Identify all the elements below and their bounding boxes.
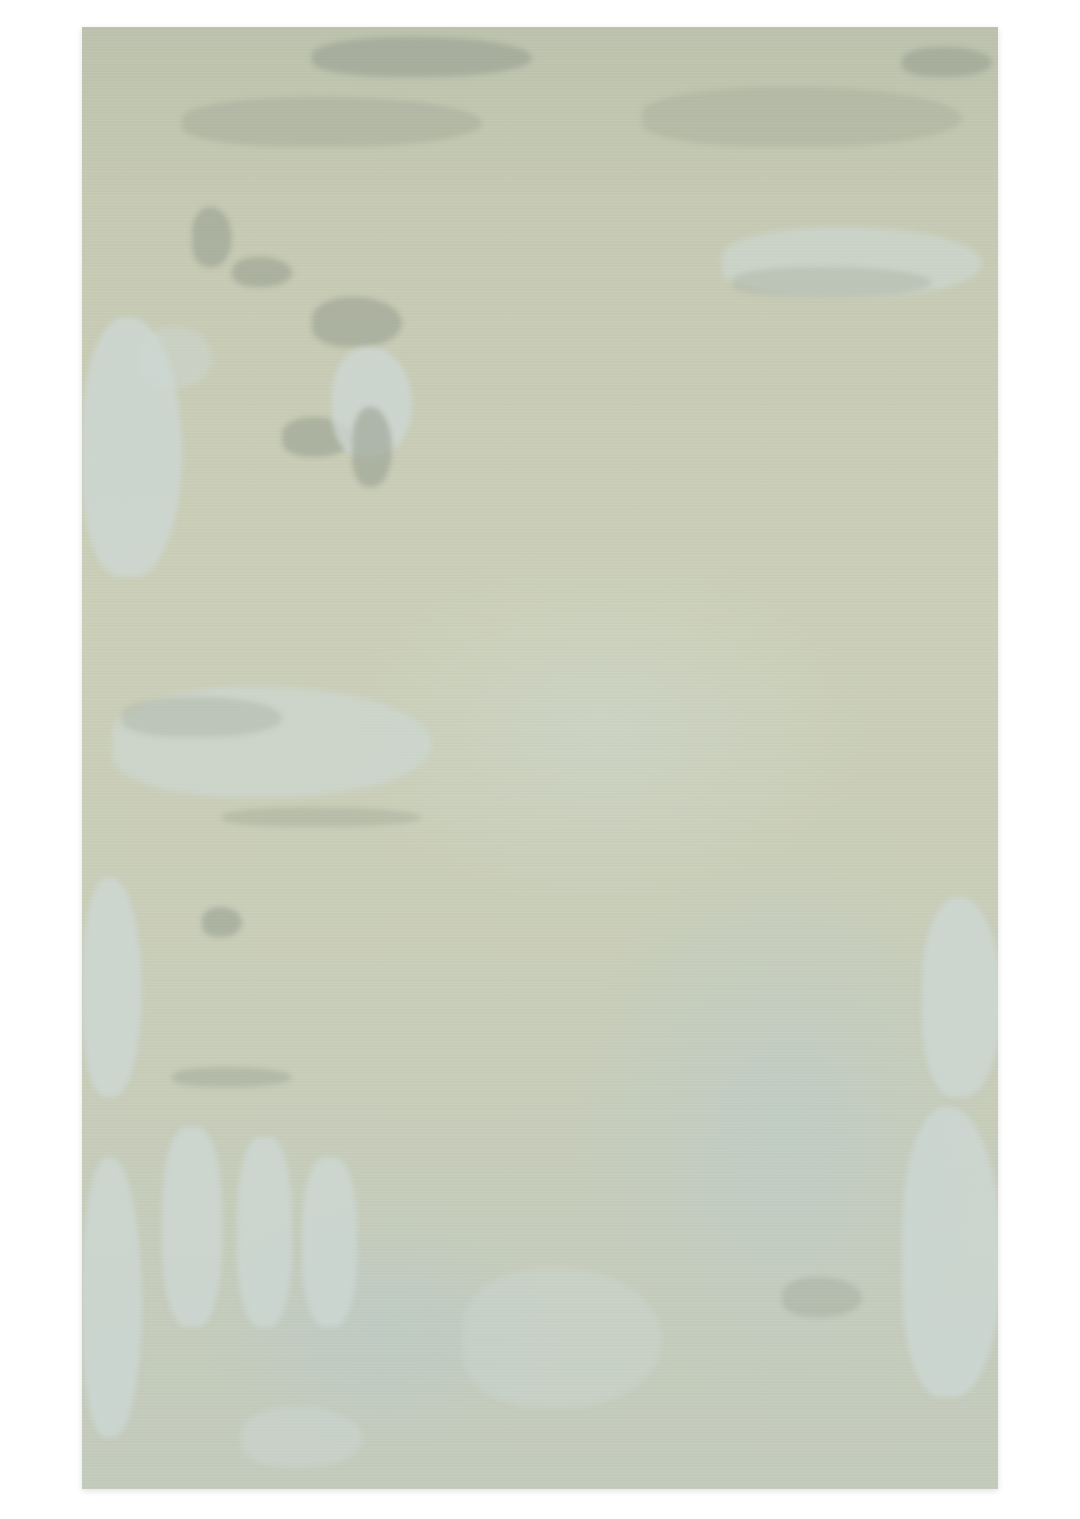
rug-patch (232, 257, 292, 287)
rug-patch (142, 327, 212, 387)
rug-patch (312, 297, 402, 347)
rug-patch (312, 37, 532, 77)
rug-patch (162, 1127, 222, 1327)
rug-patch (922, 897, 998, 1097)
rug-patch (902, 47, 992, 77)
rug-patch (782, 1277, 862, 1317)
rug-patch (122, 697, 282, 737)
rug-patch (192, 207, 232, 267)
rug-patch (732, 267, 932, 297)
rug-patch (462, 1267, 662, 1407)
rug-patch (202, 907, 242, 937)
rug-patch (352, 407, 392, 487)
rug-patch (902, 1107, 998, 1397)
rug-patch (222, 807, 422, 827)
rug-patch (242, 1407, 362, 1467)
rug-patch (182, 97, 482, 147)
rug-patch (237, 1137, 292, 1327)
rug-patch (642, 87, 962, 147)
rug-patch (172, 1067, 292, 1087)
rug (82, 27, 998, 1489)
rug-patch (302, 1157, 357, 1327)
